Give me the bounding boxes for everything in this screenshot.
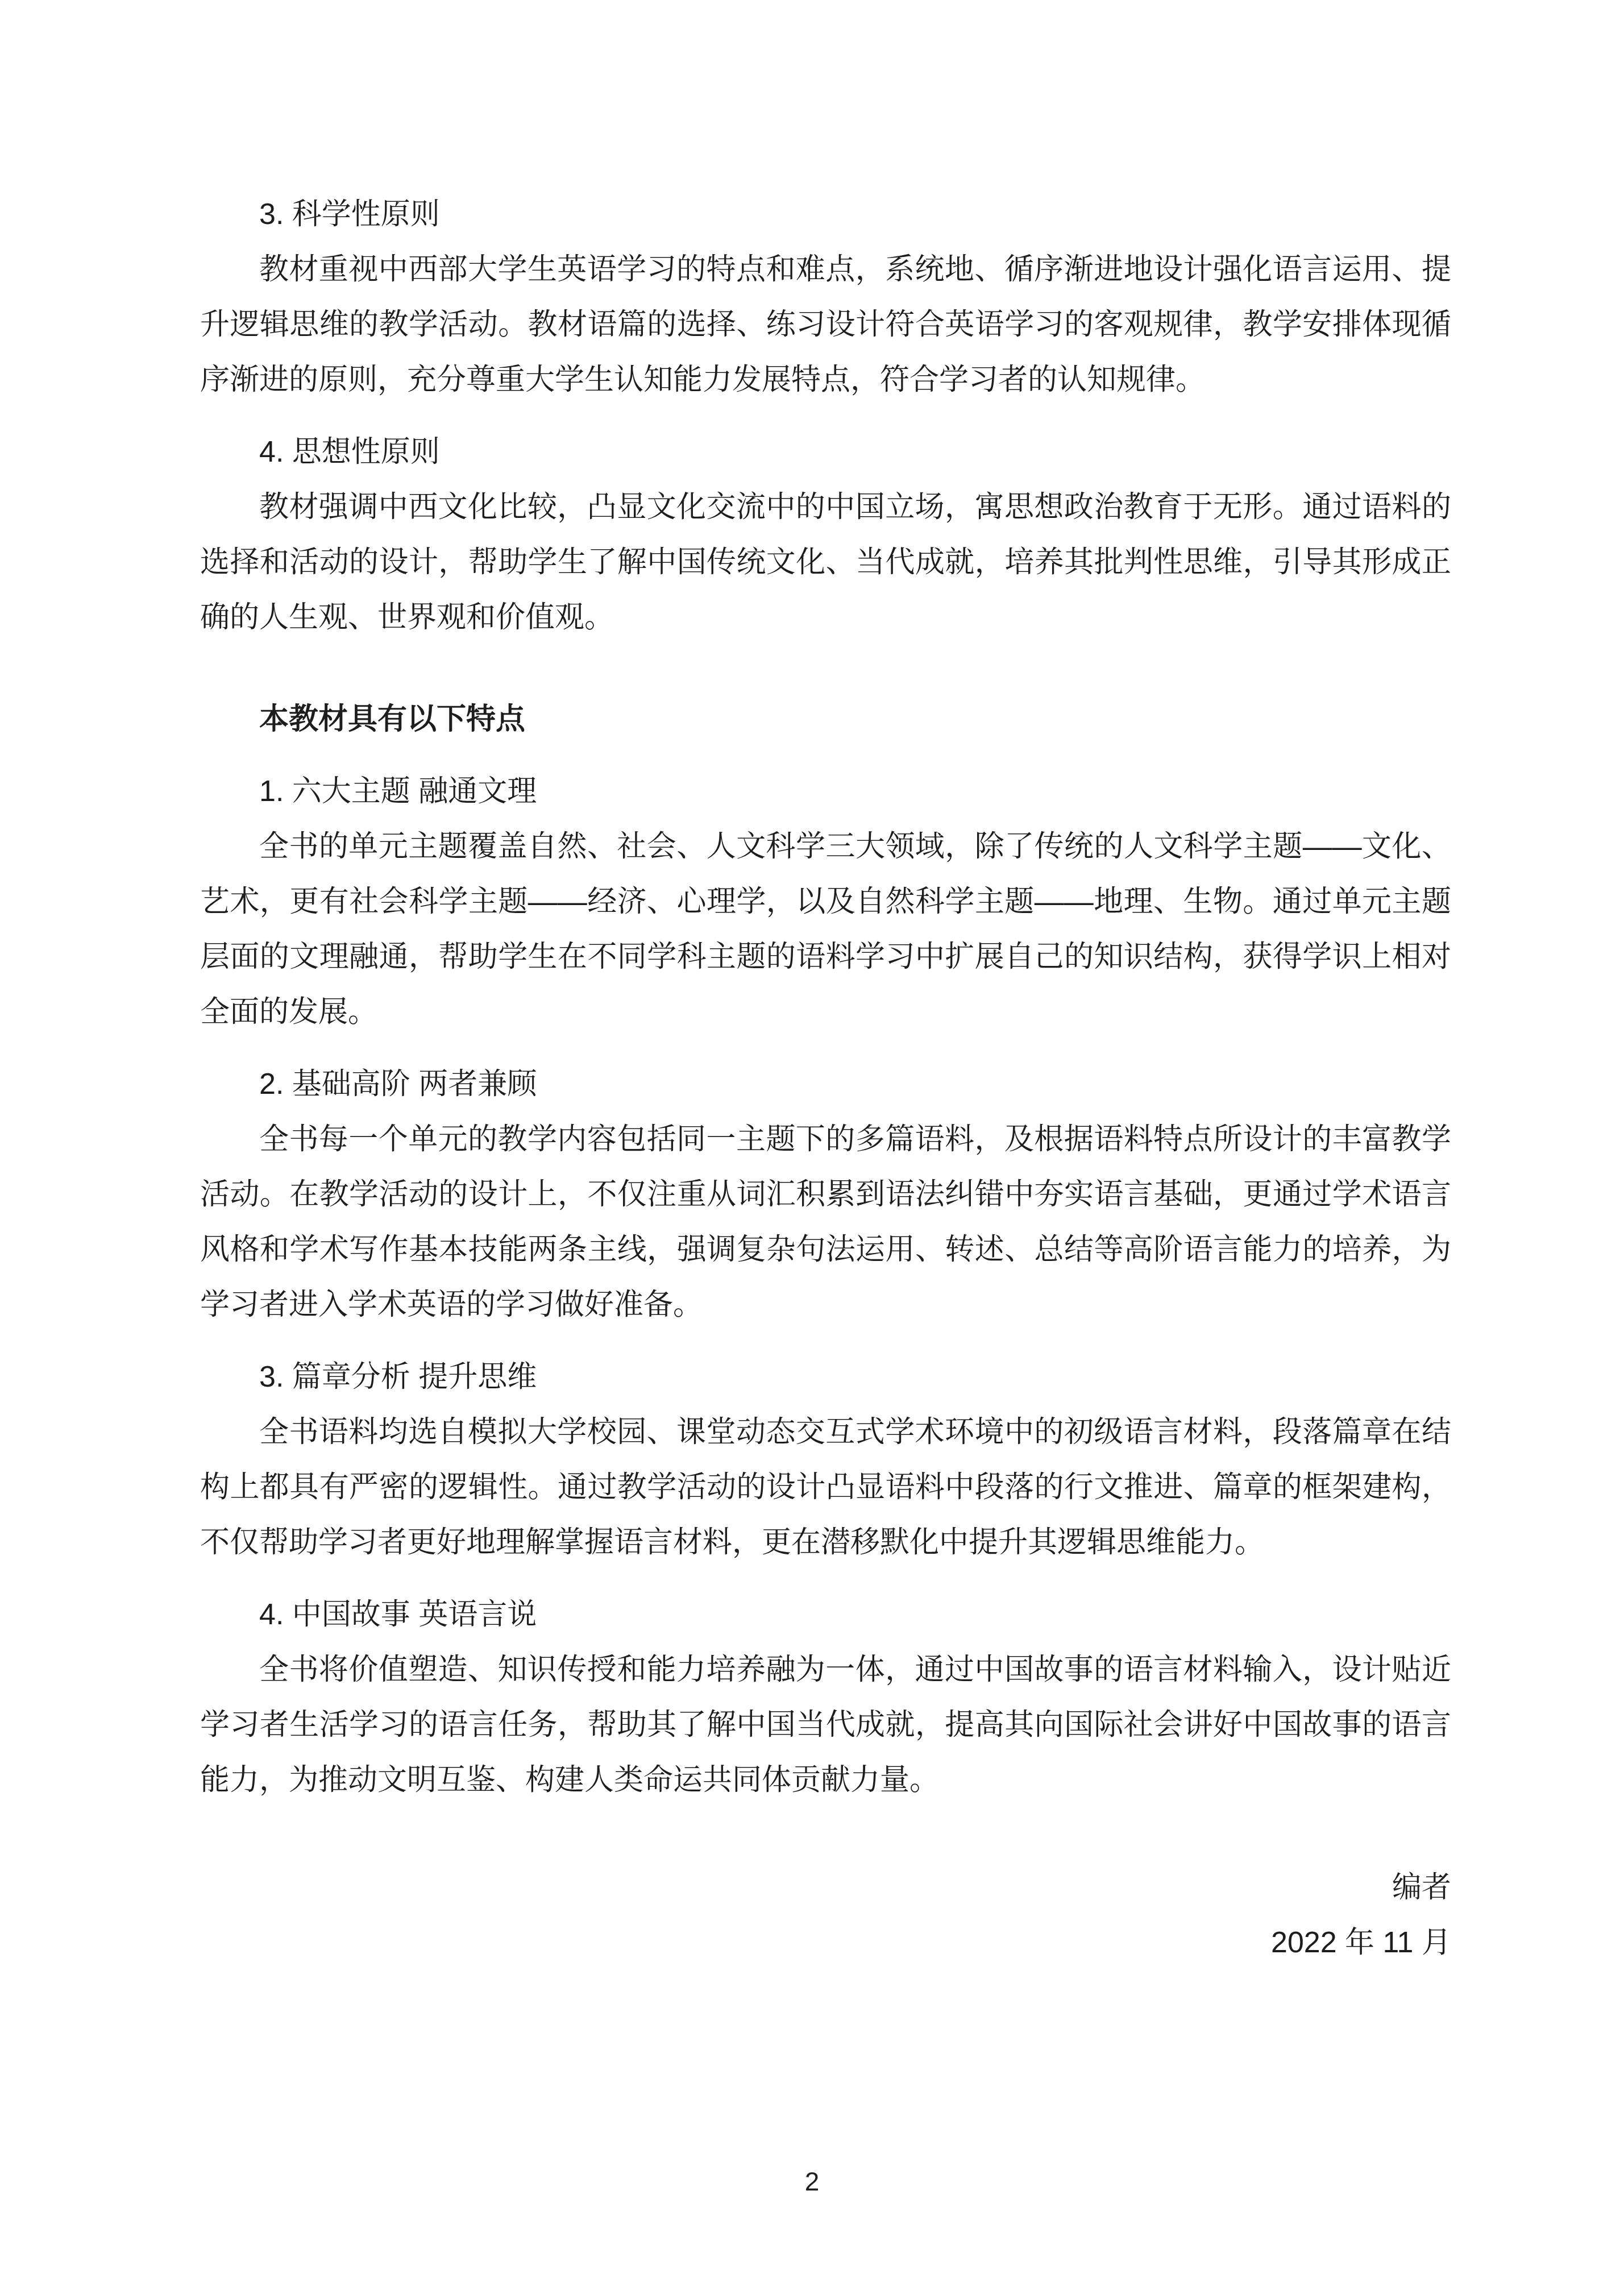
feature-heading-2: 2. 基础高阶 两者兼顾 xyxy=(200,1057,1451,1112)
principle-heading-4: 4. 思想性原则 xyxy=(200,425,1451,480)
principle-paragraph-4: 教材强调中西文化比较，凸显文化交流中的中国立场，寓思想政治教育于无形。通过语料的… xyxy=(200,480,1451,645)
feature-paragraph-4: 全书将价值塑造、知识传授和能力培养融为一体，通过中国故事的语言材料输入，设计贴近… xyxy=(200,1642,1451,1808)
principle-heading-3: 3. 科学性原则 xyxy=(200,187,1451,242)
feature-heading-1: 1. 六大主题 融通文理 xyxy=(200,764,1451,819)
principle-paragraph-3: 教材重视中西部大学生英语学习的特点和难点，系统地、循序渐进地设计强化语言运用、提… xyxy=(200,242,1451,408)
feature-heading-4: 4. 中国故事 英语言说 xyxy=(200,1587,1451,1642)
page-content: 3. 科学性原则 教材重视中西部大学生英语学习的特点和难点，系统地、循序渐进地设… xyxy=(200,187,1451,1970)
document-page: 3. 科学性原则 教材重视中西部大学生英语学习的特点和难点，系统地、循序渐进地设… xyxy=(0,0,1624,2286)
features-section-title: 本教材具有以下特点 xyxy=(200,692,1451,747)
signature-author: 编者 xyxy=(200,1860,1451,1915)
feature-paragraph-3: 全书语料均选自模拟大学校园、课堂动态交互式学术环境中的初级语言材料，段落篇章在结… xyxy=(200,1405,1451,1570)
signature-date: 2022 年 11 月 xyxy=(200,1915,1451,1970)
feature-paragraph-2: 全书每一个单元的教学内容包括同一主题下的多篇语料，及根据语料特点所设计的丰富教学… xyxy=(200,1112,1451,1333)
feature-heading-3: 3. 篇章分析 提升思维 xyxy=(200,1350,1451,1405)
feature-paragraph-1: 全书的单元主题覆盖自然、社会、人文科学三大领域，除了传统的人文科学主题——文化、… xyxy=(200,819,1451,1040)
page-number: 2 xyxy=(0,2167,1624,2196)
